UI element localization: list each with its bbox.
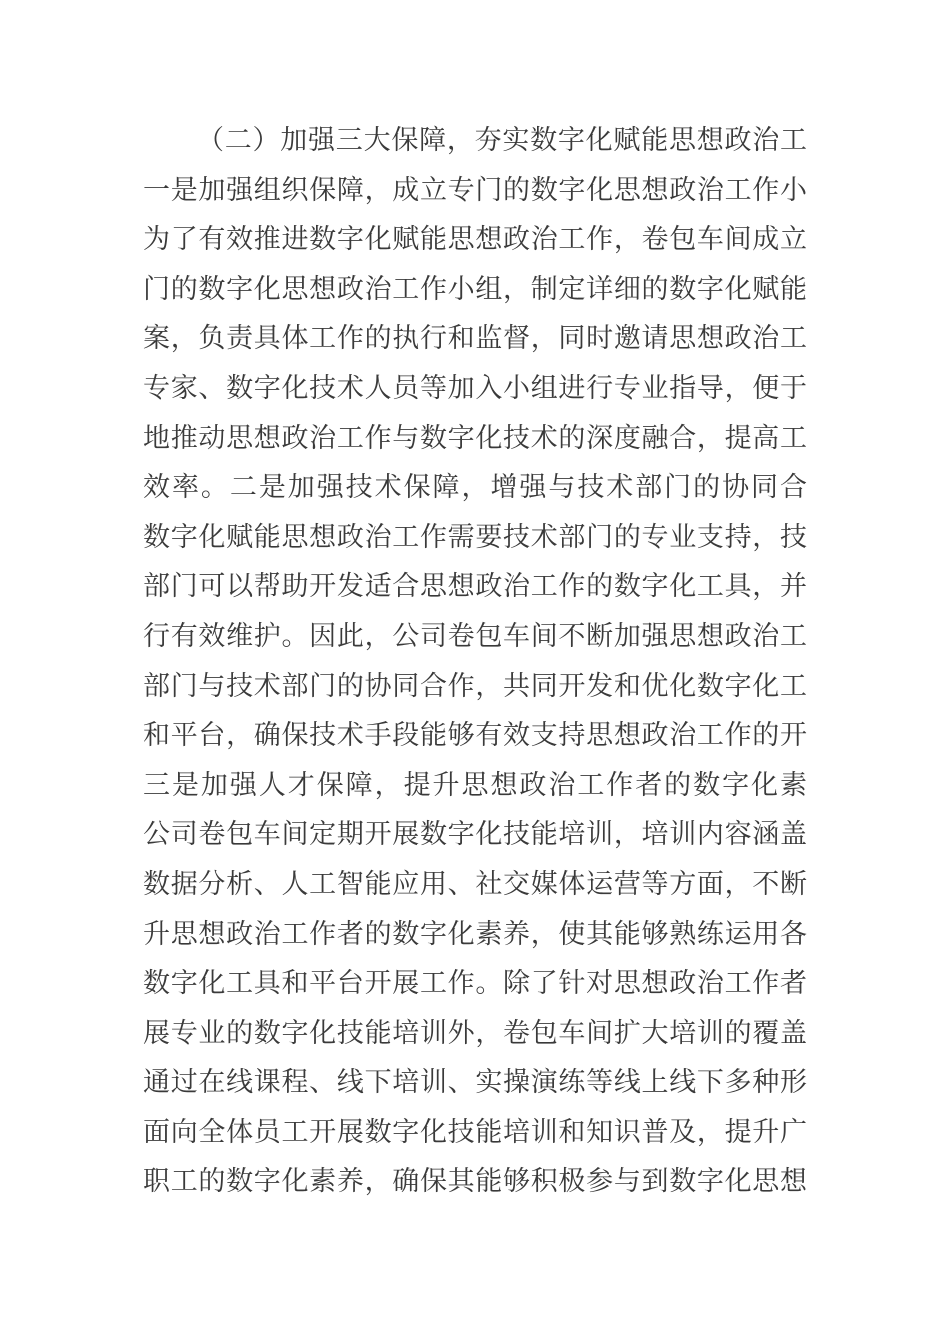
- text-line: 三是加强人才保障，提升思想政治工作者的数字化素养。: [143, 761, 807, 811]
- document-page: （二）加强三大保障，夯实数字化赋能思想政治工作 一是加强组织保障，成立专门的数字…: [0, 0, 950, 1344]
- text-line: 数据分析、人工智能应用、社交媒体运营等方面，不断提: [143, 860, 807, 910]
- text-line: 行有效维护。因此，公司卷包车间不断加强思想政治工作: [143, 612, 807, 662]
- text-line: 案，负责具体工作的执行和监督，同时邀请思想政治工作: [143, 314, 807, 364]
- text-line: 部门与技术部门的协同合作，共同开发和优化数字化工具: [143, 662, 807, 712]
- text-line: 展专业的数字化技能培训外，卷包车间扩大培训的覆盖面: [143, 1009, 807, 1059]
- text-line: 升思想政治工作者的数字化素养，使其能够熟练运用各类: [143, 910, 807, 960]
- text-line: 和平台，确保技术手段能够有效支持思想政治工作的开展: [143, 711, 807, 761]
- text-line: 公司卷包车间定期开展数字化技能培训，培训内容涵盖大: [143, 810, 807, 860]
- text-line: 为了有效推进数字化赋能思想政治工作，卷包车间成立专: [143, 215, 807, 265]
- text-line: 地推动思想政治工作与数字化技术的深度融合，提高工作: [143, 414, 807, 464]
- text-line: 一是加强组织保障，成立专门的数字化思想政治工作小组: [143, 166, 807, 216]
- text-line: 部门可以帮助开发适合思想政治工作的数字化工具，并进: [143, 562, 807, 612]
- text-line: 职工的数字化素养，确保其能够积极参与到数字化思想政: [143, 1157, 807, 1207]
- text-line: 效率。二是加强技术保障，增强与技术部门的协同合作。: [143, 463, 807, 513]
- document-body-text: （二）加强三大保障，夯实数字化赋能思想政治工作 一是加强组织保障，成立专门的数字…: [143, 116, 807, 1207]
- section-heading-line: （二）加强三大保障，夯实数字化赋能思想政治工作: [143, 116, 807, 166]
- text-line: 门的数字化思想政治工作小组，制定详细的数字化赋能方: [143, 265, 807, 315]
- text-line: 通过在线课程、线下培训、实操演练等线上线下多种形式: [143, 1058, 807, 1108]
- text-line: 专家、数字化技术人员等加入小组进行专业指导，便于好: [143, 364, 807, 414]
- text-line: 面向全体员工开展数字化技能培训和知识普及，提升广大: [143, 1108, 807, 1158]
- text-line: 数字化工具和平台开展工作。除了针对思想政治工作者开: [143, 959, 807, 1009]
- text-line: 数字化赋能思想政治工作需要技术部门的专业支持，技术: [143, 513, 807, 563]
